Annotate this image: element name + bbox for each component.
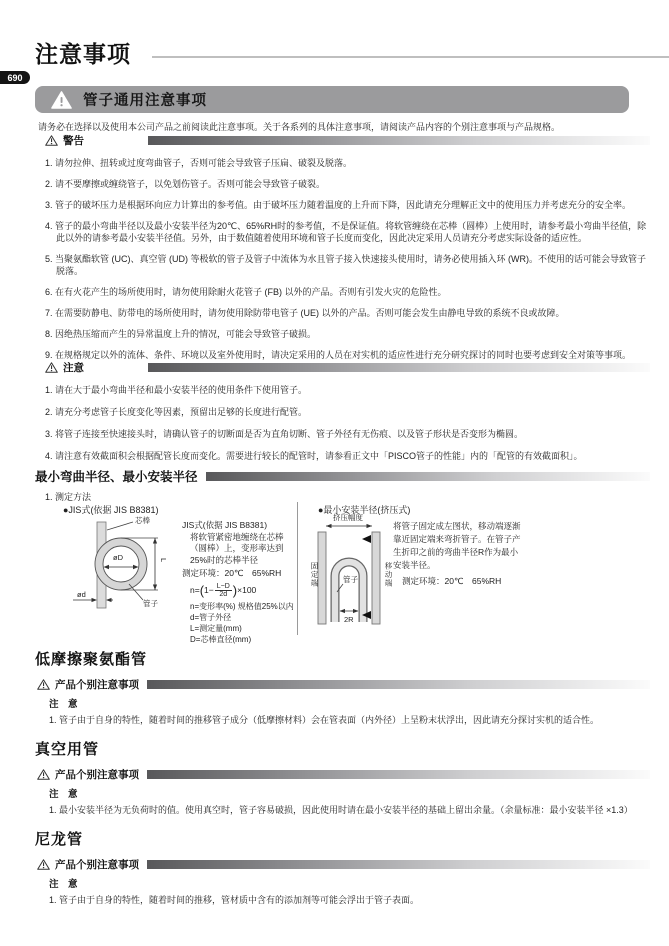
- legend-D: D=芯棒直径(mm): [182, 634, 296, 645]
- product-precaution-label: 产品个别注意事项: [55, 767, 139, 782]
- rod-label: 芯棒: [135, 515, 150, 526]
- formula-denominator: 2d: [219, 591, 227, 599]
- warning-item: 9. 在规格规定以外的流体、条件、环境以及室外使用时，请决定采用的人员在对实机的…: [45, 349, 650, 361]
- caution-items: 1. 请在大于最小弯曲半径和最小安装半径的使用条件下使用管子。 2. 请充分考虑…: [45, 384, 650, 462]
- outer-diameter-label: øD: [113, 553, 123, 562]
- warning-header-row: 警告: [45, 134, 650, 146]
- length-label: L: [159, 558, 168, 563]
- tube-od-label: ød: [77, 590, 86, 599]
- tube-label: 管子: [343, 574, 358, 585]
- product-title: 真空用管: [35, 738, 650, 759]
- product-precaution-row: 产品个别注意事项: [37, 678, 650, 690]
- product-precaution-label: 产品个别注意事项: [55, 857, 139, 872]
- jis-environment: 测定环境：20℃ 65%RH: [182, 568, 296, 580]
- legend-d: d=管子外径: [182, 612, 296, 623]
- general-precautions-title: 管子通用注意事项: [83, 89, 207, 110]
- section-header-bar: 管子通用注意事项: [35, 86, 629, 113]
- jis-coil-drawing: [55, 514, 187, 616]
- title-rule: [152, 56, 669, 58]
- intro-text: 请务必在选择以及使用本公司产品之前阅读此注意事项。关于各系列的具体注意事项，请阅…: [38, 120, 649, 133]
- product-title: 低摩擦聚氨酯管: [35, 648, 650, 669]
- caution-header-row: 注意: [45, 361, 650, 373]
- warning-block: 警告 1. 请勿拉伸、扭转或过度弯曲管子，否则可能会导致管子压扁、破裂及脱落。 …: [45, 134, 650, 370]
- jis-description: JIS式(依据 JIS B8381) 将软管紧密地缠绕在芯棒（圆棒）上，变形率达…: [182, 520, 296, 645]
- gradient-bar: [147, 860, 650, 869]
- note-label: 注 意: [49, 696, 650, 710]
- press-description: 将管子固定成左图状，移动端逐渐靠近固定端来弯折管子。在管子产生折印之前的弯曲半径…: [393, 520, 521, 588]
- product-section-low-friction: 低摩擦聚氨酯管 产品个别注意事项 注 意 1. 管子由于自身的特性，随着时间的推…: [35, 648, 650, 726]
- page-title: 注意事项: [35, 36, 131, 69]
- legend-n: n=变形率(%) 规格值25%以内: [182, 601, 296, 612]
- product-section-nylon: 尼龙管 产品个别注意事项 注 意 1. 管子由于自身的特性，随着时间的推移，管材…: [35, 828, 650, 906]
- press-width-label: 挤压幅度: [333, 512, 363, 523]
- formula-fraction: L−D 2d: [215, 583, 232, 599]
- caution-item: 3. 将管子连接至快速接头时，请确认管子的切断面是否为直角切断、管子外径有无伤痕…: [45, 428, 650, 440]
- product-item: 1. 最小安装半径为无负荷时的值。使用真空时，管子容易破损，因此使用时请在最小安…: [49, 803, 650, 816]
- bend-radius-label: 2R: [344, 615, 354, 624]
- warning-items: 1. 请勿拉伸、扭转或过度弯曲管子，否则可能会导致管子压扁、破裂及脱落。 2. …: [45, 157, 650, 361]
- warning-item: 6. 在有火花产生的场所使用时，请勿使用除耐火花管子 (FB) 以外的产品。否则…: [45, 286, 650, 298]
- gradient-bar: [206, 472, 650, 481]
- page-number-tab: 690: [0, 71, 30, 84]
- warning-triangle-icon: [45, 362, 58, 373]
- formula-term: 1−: [204, 585, 214, 597]
- press-diagram: 挤压幅度 固定端 移动端 管子 2R: [316, 512, 400, 634]
- press-environment: 测定环境：20℃ 65%RH: [393, 575, 521, 588]
- legend-L: L=测定量(mm): [182, 623, 296, 634]
- warning-label: 警告: [63, 133, 84, 148]
- jis-title: JIS式(依据 JIS B8381): [182, 520, 296, 532]
- caution-item: 2. 请充分考虑管子长度变化等因素，预留出足够的长度进行配管。: [45, 406, 650, 418]
- caution-block: 注意 1. 请在大于最小弯曲半径和最小安装半径的使用条件下使用管子。 2. 请充…: [45, 361, 650, 472]
- product-item: 1. 管子由于自身的特性，随着时间的推移管子成分（低摩擦材料）会在管表面（内外径…: [49, 713, 650, 726]
- formula-multiplier: ×100: [237, 585, 256, 597]
- radius-section: 最小弯曲半径、最小安装半径 1. 测定方法 ●JIS式(依据 JIS B8381…: [35, 470, 650, 645]
- note-label: 注 意: [49, 786, 650, 800]
- product-precaution-row: 产品个别注意事项: [37, 858, 650, 870]
- warning-item: 3. 管子的破坏压力是根据环向应力计算出的参考值。由于破坏压力随着温度的上升而下…: [45, 199, 650, 211]
- product-title: 尼龙管: [35, 828, 650, 849]
- gradient-bar: [147, 680, 650, 689]
- caution-label: 注意: [63, 360, 84, 375]
- product-precaution-label: 产品个别注意事项: [55, 677, 139, 692]
- warning-triangle-icon: [37, 859, 50, 870]
- warning-item: 8. 因绝热压缩而产生的异常温度上升的情况，可能会导致管子破损。: [45, 328, 650, 340]
- warning-item: 4. 管子的最小弯曲半径以及最小安装半径为20℃、65%RH时的参考值，不是保证…: [45, 220, 650, 244]
- warning-item: 7. 在需要防静电、防带电的场所使用时，请勿使用除防带电管子 (UE) 以外的产…: [45, 307, 650, 319]
- tube-label: 管子: [143, 598, 158, 609]
- caution-item: 1. 请在大于最小弯曲半径和最小安装半径的使用条件下使用管子。: [45, 384, 650, 396]
- jis-desc: 将软管紧密地缠绕在芯棒（圆棒）上，变形率达到25%时的芯棒半径: [182, 532, 296, 567]
- jis-coil-diagram: 芯棒 øD L ød 管子: [55, 514, 187, 616]
- note-label: 注 意: [49, 876, 650, 890]
- product-precaution-row: 产品个别注意事项: [37, 768, 650, 780]
- gradient-bar: [147, 770, 650, 779]
- gradient-bar: [148, 363, 650, 372]
- warning-item: 2. 请不要摩擦或缠绕管子，以免划伤管子。否则可能会导致管子破裂。: [45, 178, 650, 190]
- column-divider: [297, 502, 298, 635]
- warning-triangle-icon: [37, 769, 50, 780]
- measurement-method-label: 1. 测定方法: [45, 490, 91, 503]
- warning-triangle-icon: [37, 679, 50, 690]
- product-item: 1. 管子由于自身的特性，随着时间的推移，管材质中含有的添加剂等可能会浮出于管子…: [49, 893, 650, 906]
- gradient-bar: [148, 136, 650, 145]
- fixed-end-label: 固定端: [309, 562, 320, 588]
- warning-item: 1. 请勿拉伸、扭转或过度弯曲管子，否则可能会导致管子压扁、破裂及脱落。: [45, 157, 650, 169]
- warning-triangle-icon: [45, 135, 58, 146]
- radius-heading: 最小弯曲半径、最小安装半径: [35, 467, 198, 485]
- press-desc: 将管子固定成左图状，移动端逐渐靠近固定端来弯折管子。在管子产生折印之前的弯曲半径…: [393, 520, 521, 572]
- caution-item: 4. 请注意有效截面积会根据配管长度而变化。需要进行较长的配管时，请参看正文中「…: [45, 450, 650, 462]
- formula-lhs: n=: [190, 585, 200, 597]
- catalog-page: 注意事项 690 管子通用注意事项 请务必在选择以及使用本公司产品之前阅读此注意…: [0, 0, 669, 946]
- deformation-formula: n= ( 1− L−D 2d ) ×100: [190, 583, 296, 599]
- radius-heading-row: 最小弯曲半径、最小安装半径: [35, 470, 650, 482]
- formula-numerator: L−D: [215, 583, 232, 592]
- product-section-vacuum: 真空用管 产品个别注意事项 注 意 1. 最小安装半径为无负荷时的值。使用真空时…: [35, 738, 650, 816]
- warning-item: 5. 当聚氨酯软管 (UC)、真空管 (UD) 等极软的管子及管子中流体为水且管…: [45, 253, 650, 277]
- warning-triangle-icon: [51, 91, 72, 109]
